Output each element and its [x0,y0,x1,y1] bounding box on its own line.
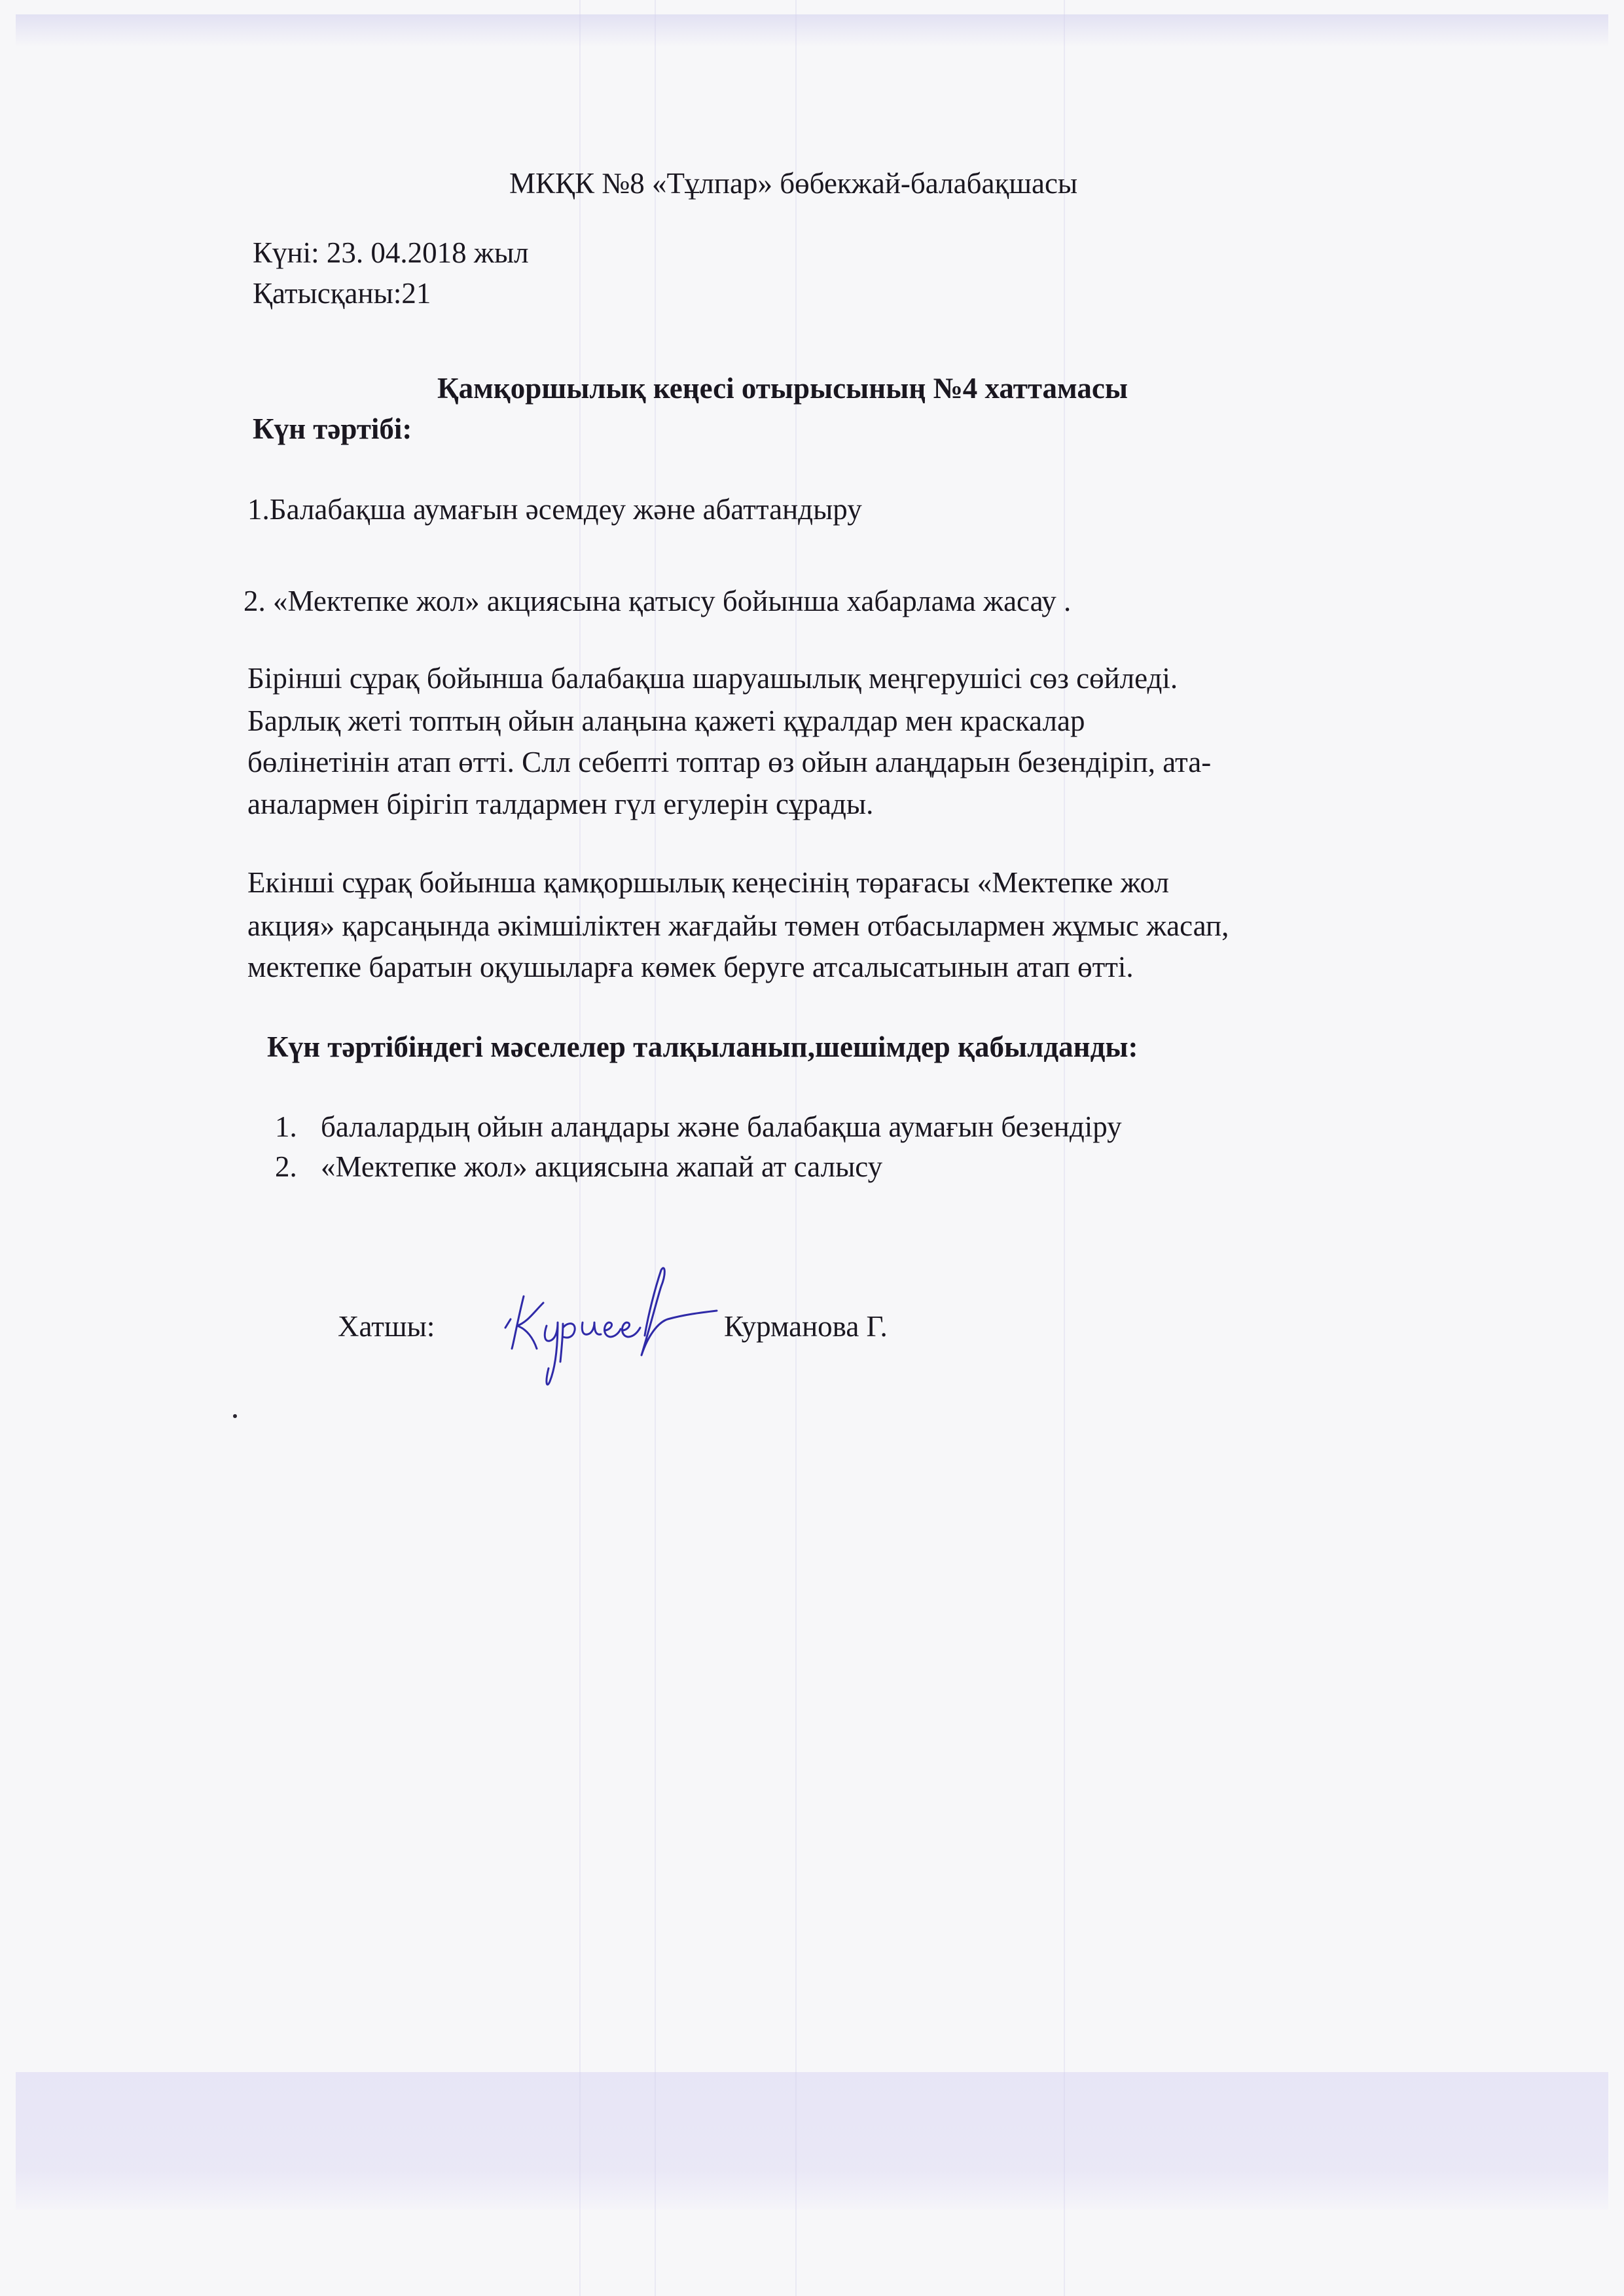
paragraph-line: бөлінетінін атап өтті. Слл себепті топта… [247,744,1211,780]
decision-item: 1.балалардың ойын алаңдары және балабақш… [275,1108,297,1145]
decision-number: 2. [275,1150,297,1183]
decision-text: «Мектепке жол» акциясына жапай ат салысу [321,1148,882,1185]
secretary-label: Хатшы: [338,1308,435,1345]
decision-text: балалардың ойын алаңдары және балабақша … [321,1108,1122,1145]
paragraph-line: Бірінші сұрақ бойынша балабақша шаруашыл… [247,660,1178,697]
paragraph-line: акция» қарсаңында әкімшіліктен жағдайы т… [247,907,1229,944]
scanned-document-page: МКҚК №8 «Тұлпар» бөбекжай-балабақшасы Кү… [0,0,1624,2296]
paragraph-line: Екінші сұрақ бойынша қамқоршылық кеңесін… [247,864,1169,901]
scan-artifact-bottom [16,2072,1608,2210]
handwritten-signature-icon [497,1257,733,1401]
secretary-name: Курманова Г. [724,1308,888,1345]
organization-title: МКҚК №8 «Тұлпар» бөбекжай-балабақшасы [509,165,1077,202]
stray-mark [233,1414,237,1418]
scan-streak [1064,0,1065,2296]
paragraph-line: Барлық жеті топтың ойын алаңына қажеті қ… [247,702,1085,739]
decision-item: 2.«Мектепке жол» акциясына жапай ат салы… [275,1148,297,1185]
agenda-item: 1.Балабақша аумағын әсемдеу және абаттан… [247,491,862,528]
paragraph-line: аналармен бірігіп талдармен гүл егулерін… [247,786,873,822]
scan-artifact-top [16,14,1608,47]
decisions-heading: Күн тәртібіндегі мәселелер талқыланып,ше… [267,1029,1138,1065]
protocol-title: Қамқоршылық кеңесі отырысының №4 хаттама… [437,370,1128,407]
meeting-date: Күні: 23. 04.2018 жыл [253,234,529,271]
decision-number: 1. [275,1110,297,1143]
paragraph-line: мектепке баратын оқушыларға көмек беруге… [247,949,1134,985]
attendance-count: Қатысқаны:21 [253,275,431,312]
agenda-heading: Күн тәртібі: [253,410,412,447]
agenda-item: 2. «Мектепке жол» акциясына қатысу бойын… [244,583,1071,619]
